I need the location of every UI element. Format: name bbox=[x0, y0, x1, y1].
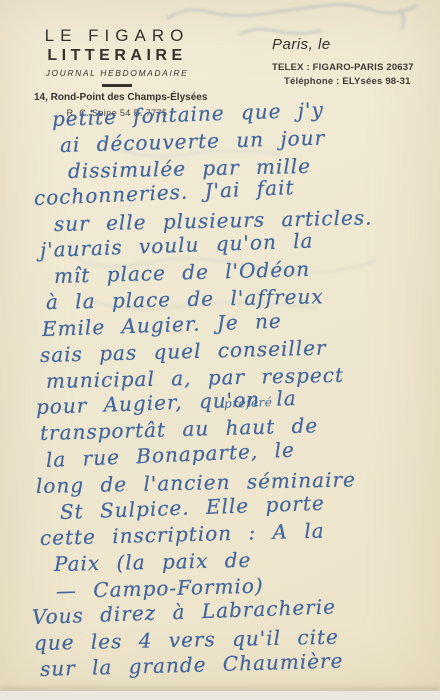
brand-name-line1: LE FIGARO bbox=[42, 26, 192, 46]
city-date-line: Paris, le bbox=[272, 36, 414, 53]
letterhead-contact-block: Paris, le TELEX : FIGARO-PARIS 20637 Tél… bbox=[272, 36, 414, 87]
brand-name-line2: LITTERAIRE bbox=[42, 47, 192, 65]
phone-line: Téléphone : ELYsées 98-31 bbox=[284, 76, 414, 87]
paper-bottom-edge bbox=[0, 690, 440, 700]
handwritten-letter-body: petite fontaine que j'y ai découverte un… bbox=[0, 106, 440, 682]
brand-subtitle: JOURNAL HEBDOMADAIRE bbox=[42, 68, 192, 78]
inserted-word: préféré bbox=[224, 395, 273, 411]
letterhead-rule bbox=[102, 84, 132, 87]
telex-line: TELEX : FIGARO-PARIS 20637 bbox=[272, 62, 414, 73]
letter-page: LE FIGARO LITTERAIRE JOURNAL HEBDOMADAIR… bbox=[0, 0, 440, 700]
